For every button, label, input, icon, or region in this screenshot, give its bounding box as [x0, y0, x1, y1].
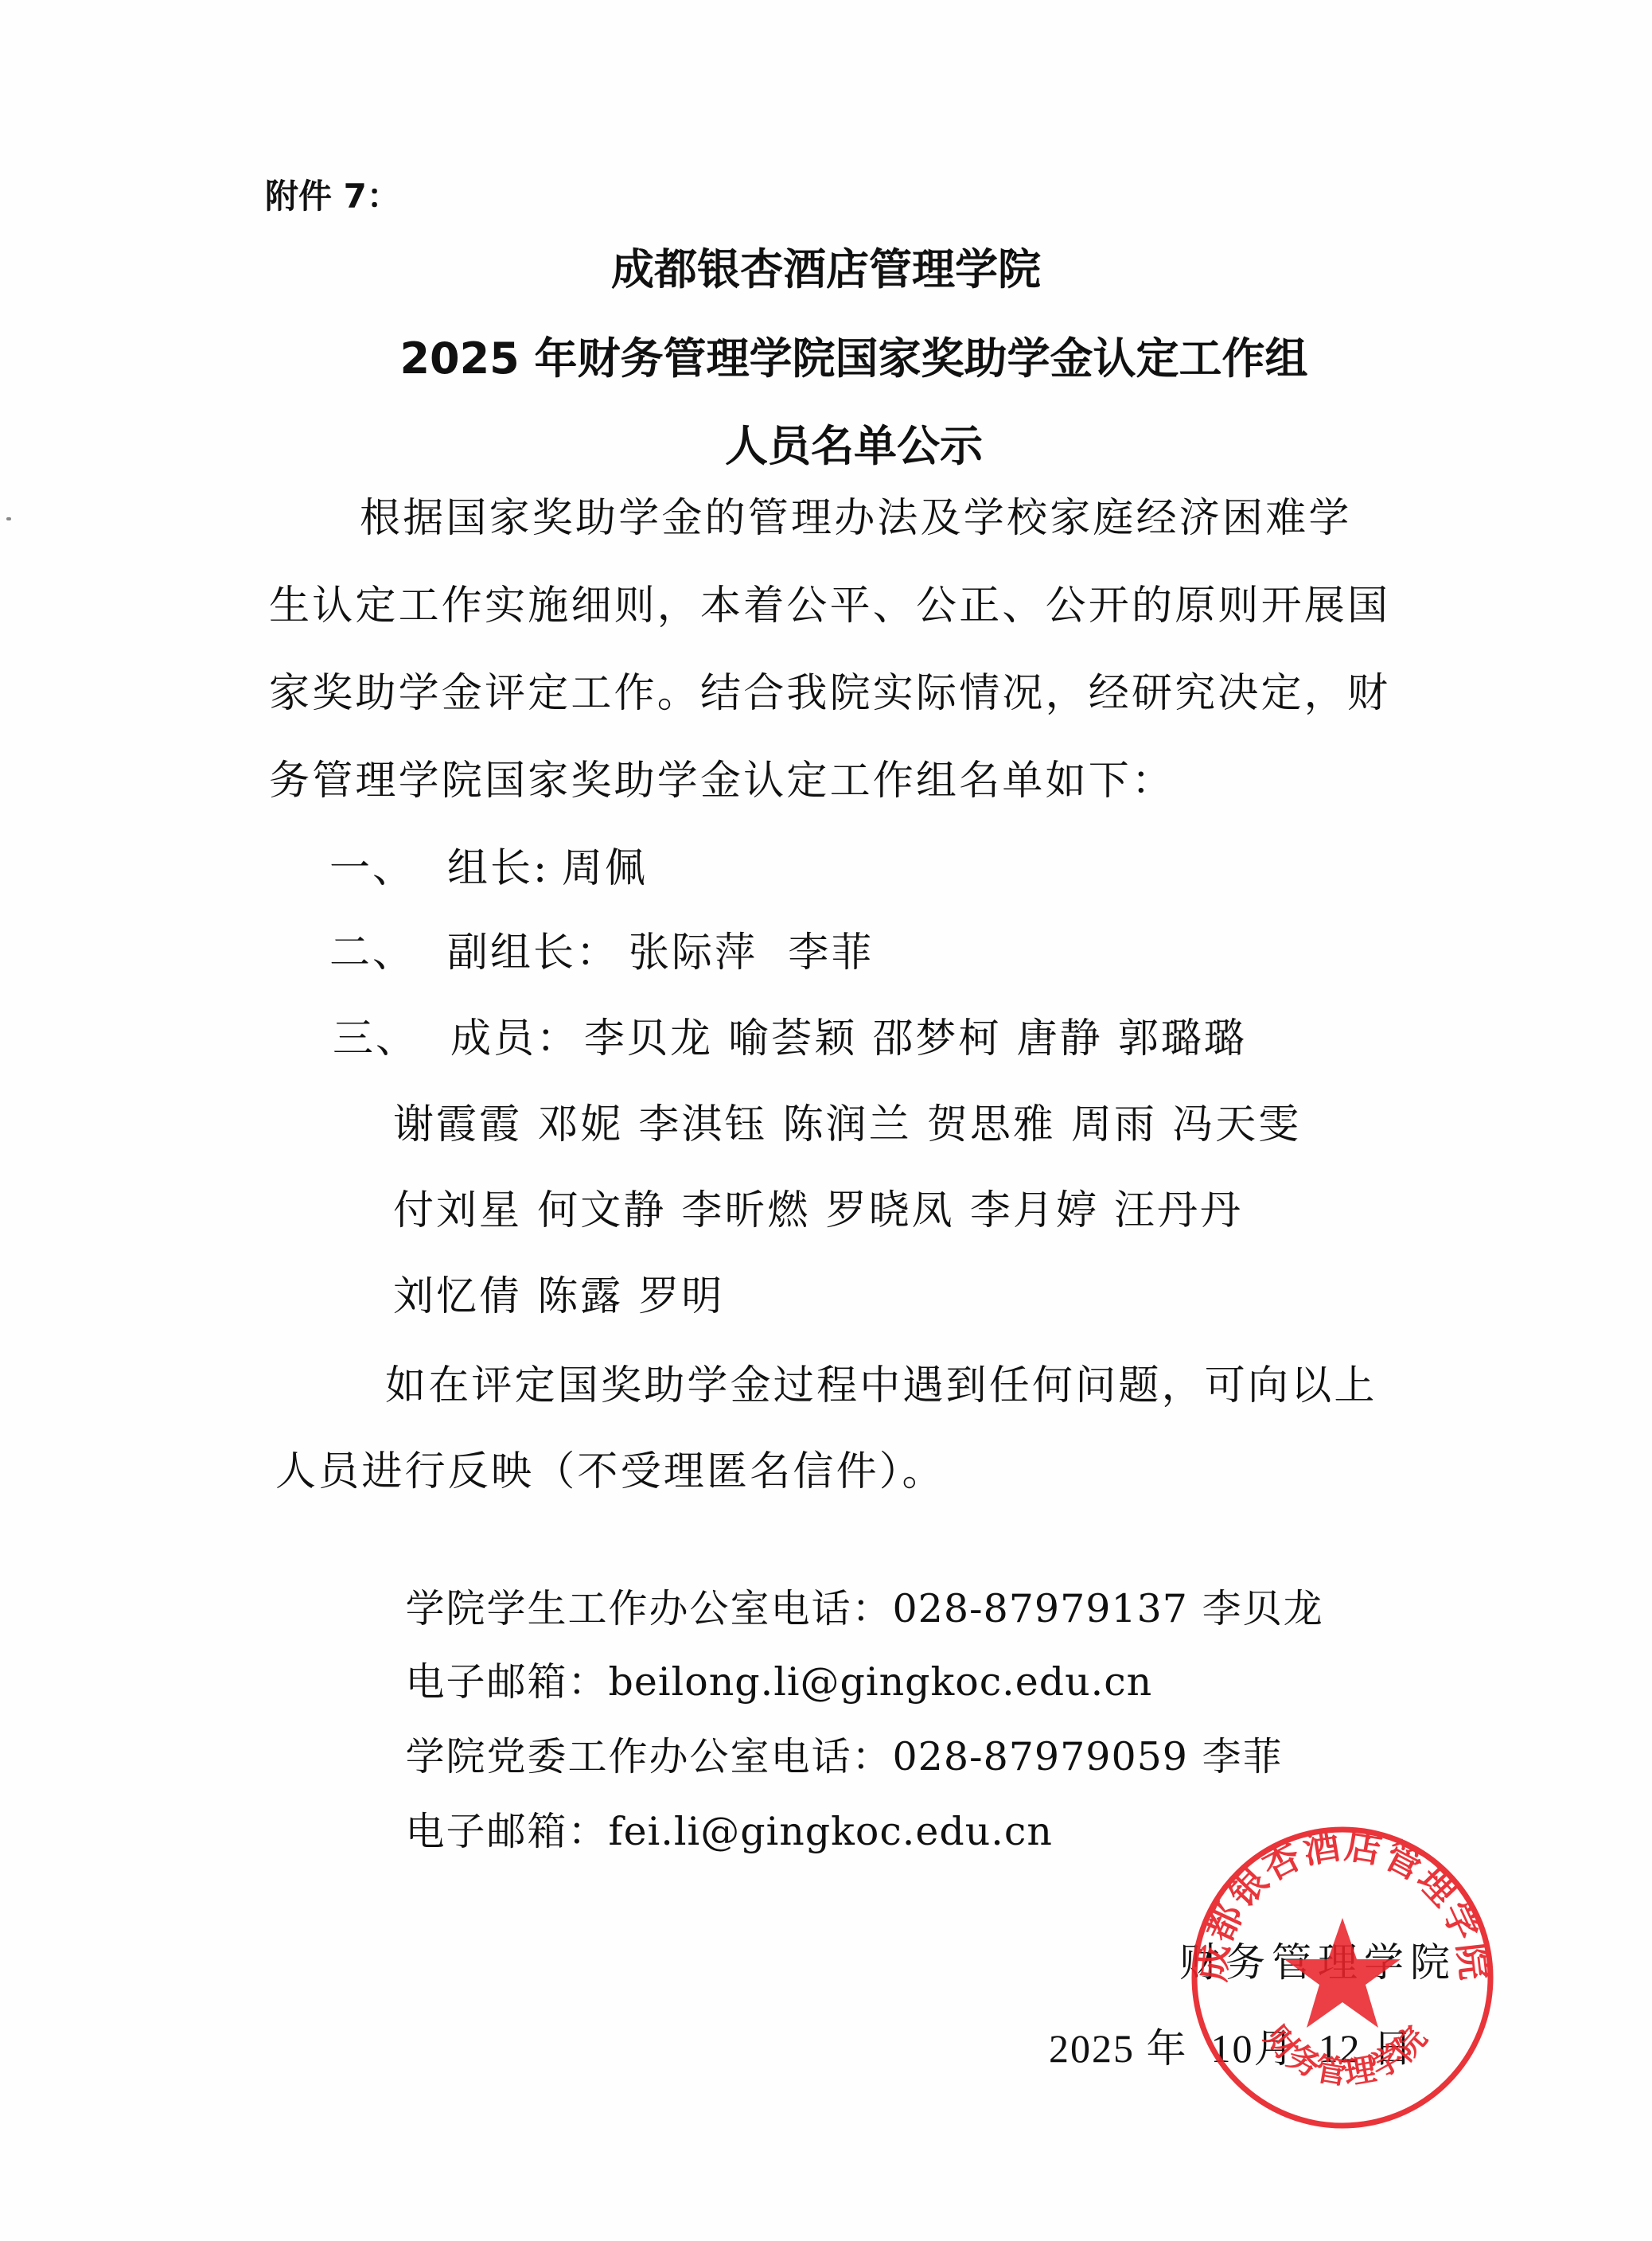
signature-issuer: 财务管理学院 — [1179, 1931, 1456, 1988]
feedback-line: 人员进行反映（不受理匿名信件）。 — [275, 1448, 945, 1496]
contact-label: 电子邮箱： — [405, 1809, 608, 1854]
intro-line: 生认定工作实施细则，本着公平、公正、公开的原则开展国 — [269, 583, 1390, 630]
contact-email[interactable]: fei.li@gingkoc.edu.cn — [608, 1809, 1052, 1854]
members-names-line: 付刘星 何文静 李昕燃 罗晓凤 李月婷 汪丹丹 — [393, 1187, 1243, 1235]
intro-line: 根据国家奖助学金的管理办法及学校家庭经济困难学 — [360, 495, 1352, 543]
leader-label: 组长: — [447, 845, 549, 893]
title-institution: 成都银杏酒店管理学院 — [0, 236, 1652, 297]
list-number: 一、 — [329, 845, 415, 893]
contact-person: 李贝龙 — [1202, 1586, 1324, 1631]
members-names-line: 刘忆倩 陈露 罗明 — [393, 1273, 724, 1321]
leader-names: 周佩 — [562, 845, 648, 893]
intro-line: 务管理学院国家奖助学金认定工作组名单如下： — [269, 758, 1175, 805]
contact-person: 李菲 — [1202, 1734, 1284, 1779]
attachment-label: 附件 7： — [265, 170, 400, 218]
document-page: 附件 7： 成都银杏酒店管理学院 2025 年财务管理学院国家奖助学金认定工作组… — [0, 0, 1652, 2241]
members-label: 成员： — [450, 1015, 579, 1063]
scan-speck — [6, 517, 11, 520]
deputy-label: 副组长： — [447, 930, 619, 977]
feedback-line: 如在评定国奖助学金过程中遇到任何问题，可向以上 — [385, 1362, 1377, 1410]
title-main: 2025 年财务管理学院国家奖助学金认定工作组 — [0, 325, 1652, 386]
members-names-line: 谢霞霞 邓妮 李淇钰 陈润兰 贺思雅 周雨 冯天雯 — [393, 1101, 1301, 1149]
signature-date: 2025 年 10月 12 日 — [1049, 2017, 1414, 2074]
deputy-names: 张际萍 李菲 — [629, 930, 874, 977]
intro-line: 家奖助学金评定工作。结合我院实际情况，经研究决定，财 — [269, 670, 1390, 718]
members-names-line: 李贝龙 喻荟颖 邵梦柯 唐静 郭璐璐 — [584, 1015, 1247, 1063]
title-sub: 人员名单公示 — [0, 412, 1652, 474]
list-number: 二、 — [329, 930, 415, 977]
list-number: 三、 — [333, 1015, 419, 1063]
contact-email-2: 电子邮箱：fei.li@gingkoc.edu.cn — [321, 1760, 1053, 1904]
